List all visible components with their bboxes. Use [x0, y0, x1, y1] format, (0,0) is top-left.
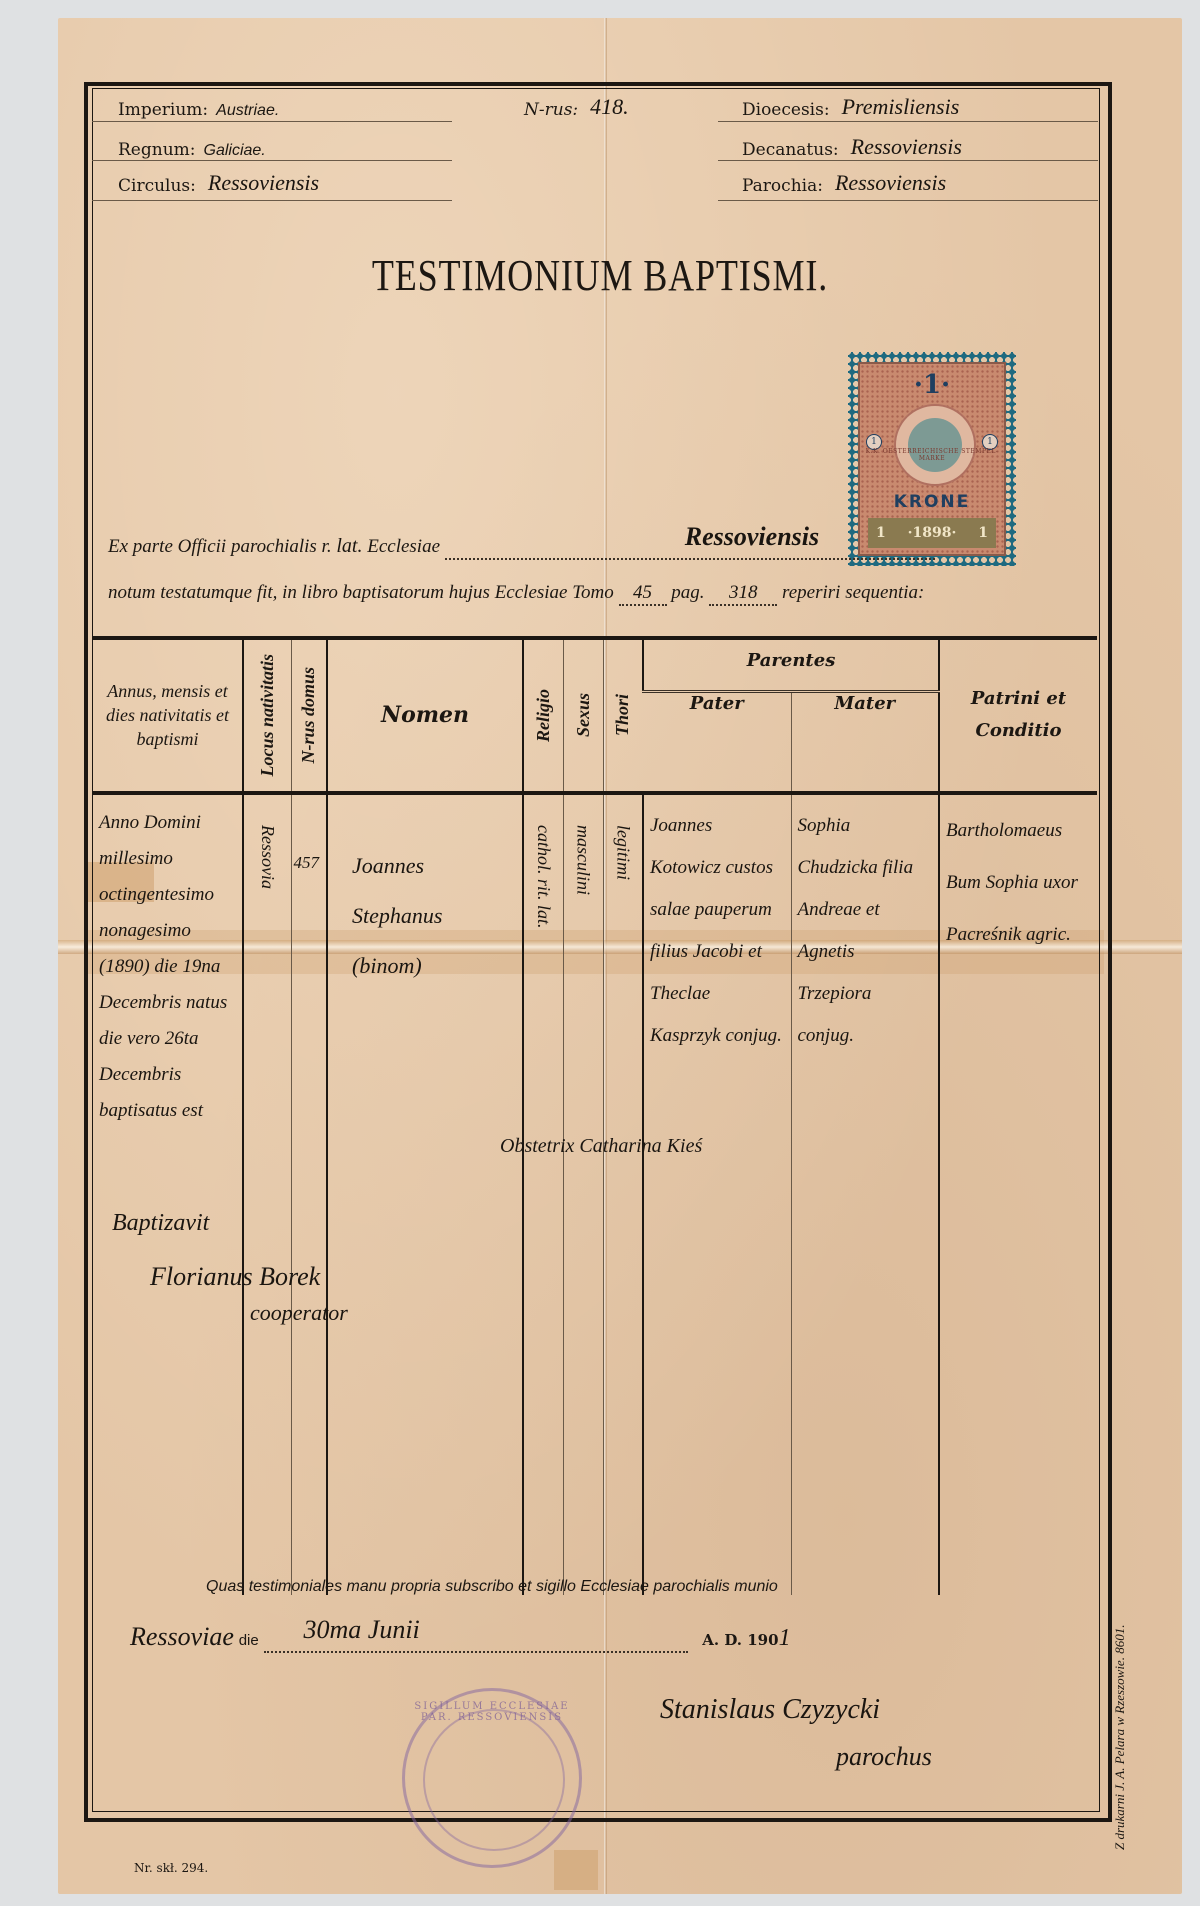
- intro-suffix: Ecclesiae: [367, 536, 440, 557]
- obstetrix-note: Obstetrix Catharina Kieś: [500, 1135, 702, 1158]
- rite-value: lat.: [336, 535, 362, 557]
- header-annus: Annus, mensis et dies nativitatis et bap…: [93, 638, 243, 793]
- rule: [92, 121, 452, 122]
- header-patrini: Patrini et Conditio: [939, 638, 1097, 793]
- field-circulus: Circulus: Ressoviensis: [118, 160, 319, 196]
- intro-prefix: Ex parte Officii parochialis r.: [108, 536, 332, 557]
- intro-line-1: Ex parte Officii parochialis r. lat. Ecc…: [108, 535, 935, 560]
- signature: Stanislaus Czyzycki: [660, 1694, 880, 1726]
- form-number: Nr. skł. 294.: [134, 1861, 208, 1875]
- pag-field: 318: [709, 582, 777, 606]
- pag-label: pag.: [671, 582, 704, 603]
- tomo-field: 45: [619, 582, 667, 606]
- closing-date-line: Ressoviae die 30ma Junii A. D. 1901: [130, 1622, 791, 1653]
- cell-nomen: Joannes Stephanus (binom): [327, 793, 523, 1595]
- field-parochia: Parochia: Ressoviensis: [742, 160, 946, 196]
- repair-tape: [554, 1850, 598, 1890]
- cell-religio: cathol. rit. lat.: [523, 793, 563, 1595]
- stamp-currency: KRONE: [860, 492, 1004, 512]
- church-value: Ressoviensis: [685, 522, 819, 552]
- band-right: 1: [978, 525, 988, 541]
- baptizavit-label: Baptizavit: [112, 1210, 209, 1237]
- tomo-value: 45: [633, 582, 652, 603]
- pag-value: 318: [729, 582, 758, 603]
- cell-sexus: masculini: [563, 793, 603, 1595]
- cell-mater: Sophia Chudzicka filia Andreae et Agneti…: [791, 793, 939, 1595]
- cell-pater: Joannes Kotowicz custos salae pauperum f…: [643, 793, 791, 1595]
- intro-suffix: reperiri sequentia:: [782, 582, 924, 603]
- intro-line-2: notum testatumque fit, in libro baptisat…: [108, 582, 924, 606]
- rule: [718, 200, 1098, 201]
- intro-prefix: notum testatumque fit, in libro baptisat…: [108, 582, 614, 603]
- stamp-value: ·1·: [860, 370, 1004, 400]
- emperor-portrait-icon: [894, 404, 976, 486]
- header-pater: Pater: [643, 692, 791, 794]
- cell-annus: Anno Domini millesimo octingentesimo non…: [93, 793, 243, 1595]
- rule: [718, 121, 1098, 122]
- field-imperium: Imperium: Austriae.: [118, 84, 279, 120]
- die-label: die: [239, 1632, 259, 1649]
- cell-nrus-domus: 457: [291, 793, 327, 1595]
- place-value: Ressoviae: [130, 1622, 234, 1651]
- cell-patrini: Bartholomaeus Bum Sophia uxor Pacreśnik …: [939, 793, 1097, 1595]
- closing-statement: Quas testimoniales manu propria subscrib…: [206, 1578, 778, 1596]
- header-locus: Locus nativitatis: [243, 638, 291, 793]
- dotted-field: Ressoviensis: [445, 536, 935, 560]
- rule: [92, 200, 452, 201]
- date-value: 30ma Junii: [304, 1615, 420, 1645]
- header-nomen: Nomen: [327, 638, 523, 793]
- header-mater: Mater: [791, 692, 939, 794]
- field-nrus: N-rus: 418.: [524, 84, 629, 120]
- baptizavit-role: cooperator: [250, 1300, 348, 1326]
- document-title: TESTIMONIUM BAPTISMI.: [108, 250, 1092, 301]
- year-digit: 1: [779, 1625, 791, 1651]
- header-nrus-domus: N-rus domus: [291, 638, 327, 793]
- ad-label: A. D. 190: [702, 1631, 778, 1649]
- baptism-register-table: Annus, mensis et dies nativitatis et bap…: [93, 636, 1097, 1595]
- field-regnum: Regnum: Galiciae.: [118, 124, 266, 160]
- parish-seal: SIGILLUM ECCLESIAE PAR. RESSOVIENSIS: [402, 1688, 582, 1868]
- cell-locus: Ressovia: [243, 793, 291, 1595]
- header-religio: Religio: [523, 638, 563, 793]
- seal-text: SIGILLUM ECCLESIAE PAR. RESSOVIENSIS: [405, 1701, 579, 1723]
- date-field: 30ma Junii: [264, 1629, 688, 1653]
- baptizavit-name: Florianus Borek: [150, 1262, 320, 1292]
- revenue-stamp: ·1· 1 1 K.K. OESTERREICHISCHE STEMPEL-MA…: [858, 362, 1006, 556]
- signature-role: parochus: [836, 1742, 932, 1772]
- printer-imprint: Z drukarni J. A. Pelara w Rzeszowie. 860…: [1112, 1510, 1128, 1850]
- header-thori: Thori: [603, 638, 643, 793]
- field-dioecesis: Dioecesis: Premisliensis: [742, 84, 959, 120]
- header-parentes: Parentes: [643, 638, 939, 692]
- header-sexus: Sexus: [563, 638, 603, 793]
- stamp-ring-text: K.K. OESTERREICHISCHE STEMPEL-MARKE: [860, 448, 1004, 462]
- cell-thori: legitimi: [603, 793, 643, 1595]
- table-row: Anno Domini millesimo octingentesimo non…: [93, 793, 1097, 1595]
- field-decanatus: Decanatus: Ressoviensis: [742, 124, 962, 160]
